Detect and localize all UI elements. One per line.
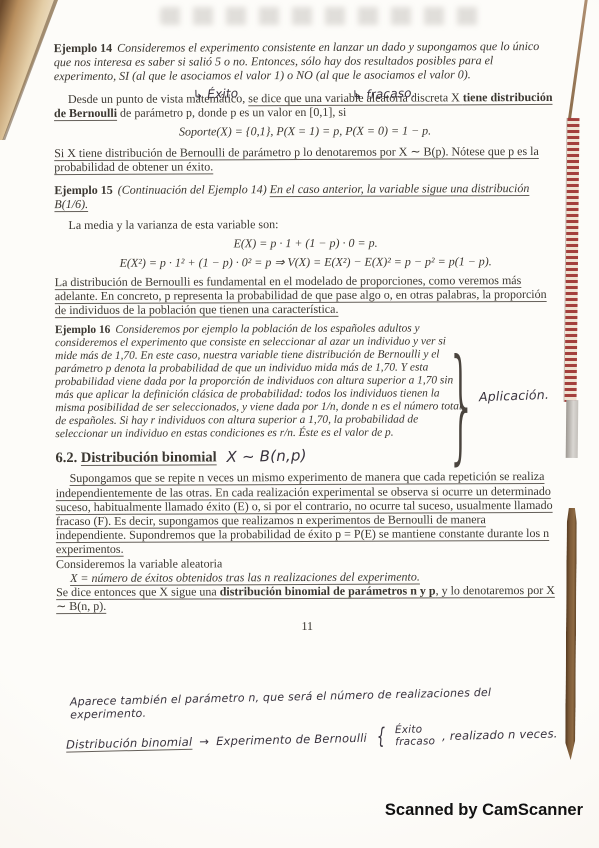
note2-lead: Distribución binomial (66, 734, 193, 751)
example-14-body: Consideremos el experimento consistente … (54, 39, 540, 84)
arrow-icon: → (199, 734, 209, 748)
binomial-notation-lead: Se dice entonces que X sigue una (56, 584, 220, 599)
handwritten-note-parameter-n: Aparece también el parámetro n, que será… (70, 685, 550, 722)
example-16-body: Consideremos por ejemplo la población de… (55, 323, 462, 441)
scanned-page: ↳ Éxito ↳ fracaso. Ejemplo 14Consideremo… (0, 0, 599, 848)
section-heading: 6.2. Distribución binomialX ∼ B(n,p) (55, 448, 557, 465)
example-16-label: Ejemplo 16 (55, 324, 110, 336)
variance-formula: E(X²) = p · 1² + (1 − p) · 0² = p ⇒ V(X)… (55, 254, 557, 270)
example-16-paragraph: Ejemplo 16Consideremos por ejemplo la po… (55, 323, 470, 442)
handwritten-aplicacion-annotation: Aplicación. (479, 387, 550, 404)
handwritten-fracaso-annotation: ↳ fracaso. (352, 86, 416, 102)
note2-fracaso: fracaso (395, 736, 435, 748)
gray-edge-strip (566, 400, 579, 458)
definition-tail: de parámetro p, donde p es un valor en [… (117, 105, 346, 120)
section-title: Distribución binomial (81, 450, 217, 467)
page-edge-line (567, 0, 588, 128)
proportions-paragraph: La distribución de Bernoulli es fundamen… (55, 273, 557, 318)
binomial-intro-paragraph: Supongamos que se repite n veces un mism… (56, 469, 558, 556)
page-number: 11 (56, 618, 558, 634)
example-14-label: Ejemplo 14 (54, 41, 112, 55)
mean-variance-intro: La media y la varianza de esta variable … (54, 216, 556, 232)
bernoulli-notation-paragraph: Si X tiene distribución de Bernoulli de … (54, 144, 556, 175)
handwritten-binomial-notation: X ∼ B(n,p) (227, 449, 307, 465)
example-14-paragraph: Ejemplo 14Consideremos el experimento co… (54, 39, 556, 84)
pencil-edge-strip (565, 508, 577, 760)
note2-mid: Experimento de Bernoulli (216, 730, 367, 747)
printed-text-block: Ejemplo 14Consideremos el experimento co… (54, 39, 559, 635)
support-formula: Soporte(X) = {0,1}, P(X = 1) = p, P(X = … (54, 123, 556, 139)
brace-icon: { (376, 724, 385, 749)
example-15-paren: (Continuación del Ejemplo 14) (118, 182, 267, 197)
striped-book-edge (565, 118, 580, 402)
example-15-paragraph: Ejemplo 15(Continuación del Ejemplo 14) … (54, 181, 556, 212)
bernoulli-definition-paragraph: Desde un punto de vista matemático, se d… (54, 90, 556, 121)
section-number: 6.2. (55, 450, 77, 466)
handwritten-note-binomial-summary: Distribución binomial → Experimento de B… (66, 720, 558, 756)
binomial-notation-bold: distribución binomial de parámetros n y … (220, 584, 436, 599)
handwritten-exito-annotation: ↳ Éxito (193, 86, 239, 102)
example-15-label: Ejemplo 15 (54, 182, 112, 196)
handwritten-brace: } (446, 336, 478, 473)
mean-formula: E(X) = p · 1 + (1 − p) · 0 = p. (55, 235, 557, 251)
ink-bleedthrough (160, 7, 480, 25)
note2-outcomes-stack: Éxito fracaso (395, 724, 435, 748)
note2-tail: , realizado n veces. (442, 726, 558, 743)
camscanner-watermark: Scanned by CamScanner (385, 801, 583, 820)
binomial-notation-paragraph: Se dice entonces que X sigue una distrib… (56, 583, 558, 614)
